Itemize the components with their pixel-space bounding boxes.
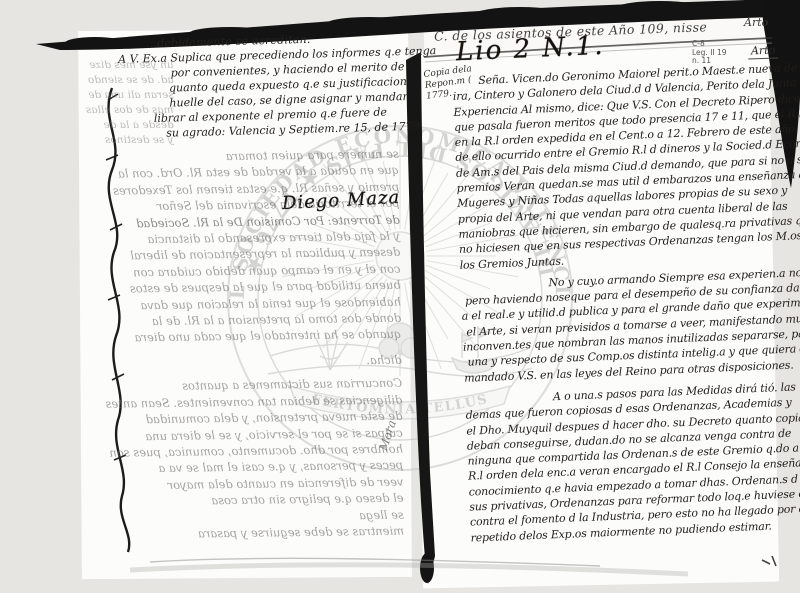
bleedthrough-line: dicha. (96, 351, 402, 372)
corner-note-underlined: Arto (748, 43, 779, 59)
bleedthrough-line: quando se ha intentado el que cada uno d… (105, 326, 402, 347)
paragraph: A o una.s pasos para las Medidas dirá ti… (465, 379, 800, 546)
paragraph: Seña. Vicen.do Geronimo Maiorel perit.o … (452, 60, 800, 272)
right-body: Seña. Vicen.do Geronimo Maiorel perit.o … (452, 60, 800, 545)
paragraph: No y cuy.o armando Siempre esa experien.… (460, 265, 800, 386)
corner-note-top: Arto (744, 16, 768, 29)
bleedthrough-block: se numere para quien tomaraque en deuda … (86, 146, 404, 544)
bleedthrough-line: un yse mes dize (86, 58, 174, 73)
bleedthrough-line: y se destinos (86, 133, 174, 148)
bleedthrough-line: seran ali una de (86, 88, 174, 103)
bleedthrough-line: mas de dos ellas (86, 103, 174, 118)
bleedthrough-line: desde a la de (86, 118, 174, 133)
manuscript-scan: FERTOMNIA TELLUS REAL SOCIEDAD ECONOMICA… (0, 0, 800, 593)
bleedthrough-line: ad. de se siendo (86, 73, 174, 88)
archival-pencil-mark: C-8 Leg. II 19 n. 11 (692, 40, 727, 66)
bleedthrough-top-block: un yse mes dizead. de se siendoseran ali… (86, 58, 174, 148)
